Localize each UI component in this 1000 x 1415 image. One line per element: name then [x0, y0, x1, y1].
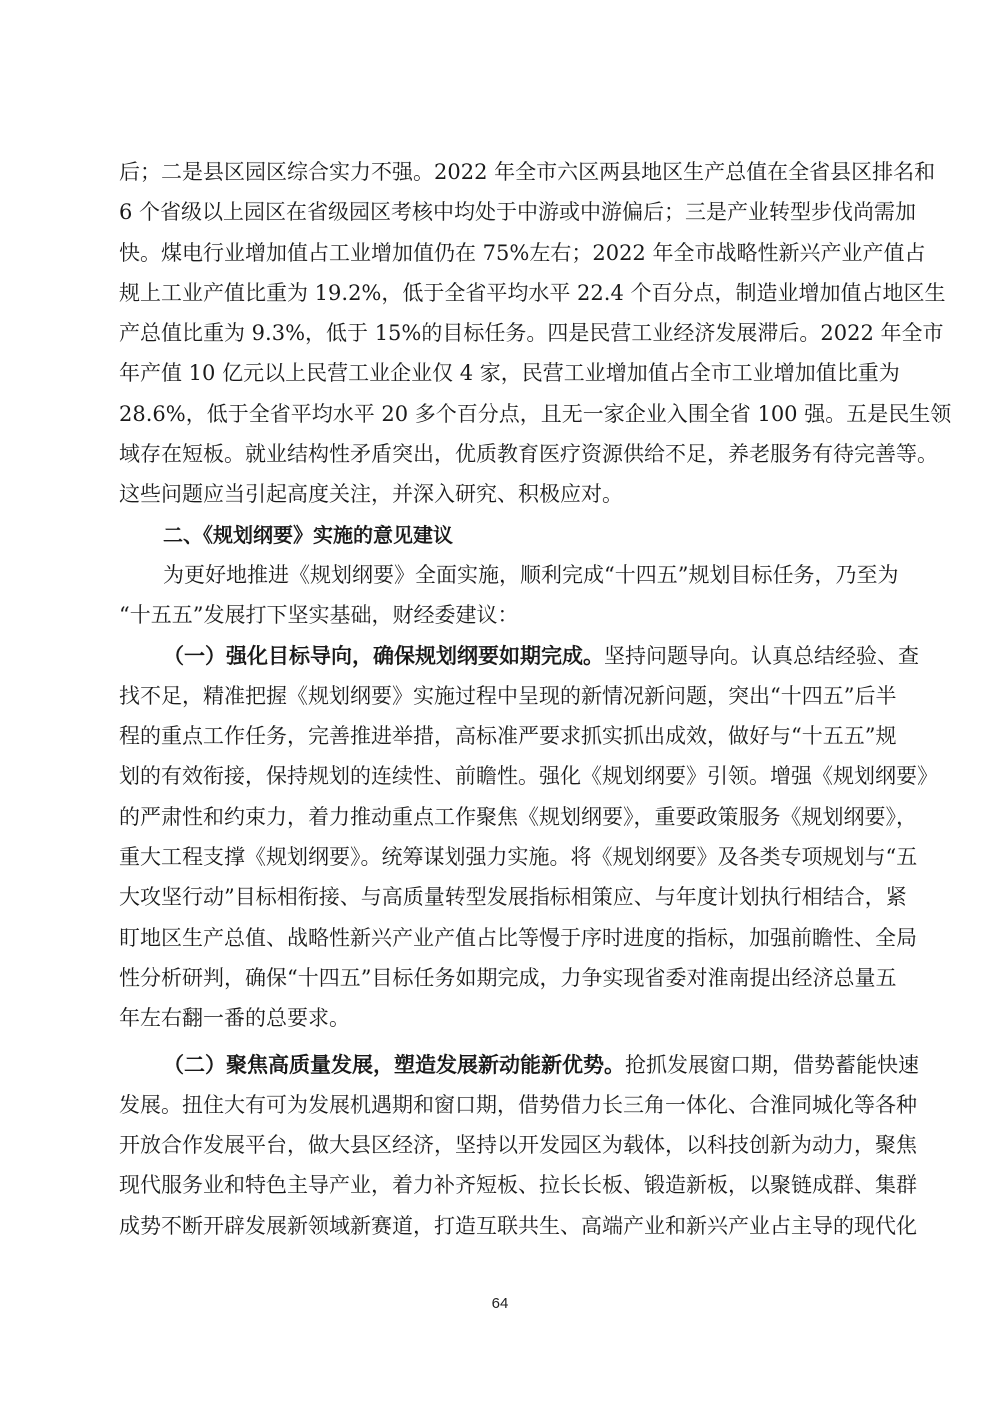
page-number: 64	[0, 1295, 1000, 1312]
text-line: 这些问题应当引起高度关注，并深入研究、积极应对。	[119, 474, 881, 514]
text-line: 28.6%，低于全省平均水平 20 多个百分点，且无一家企业入围全省 100 强…	[119, 394, 881, 434]
text-line: 开放合作发展平台，做大县区经济，坚持以开发园区为载体，以科技创新为动力，聚焦	[119, 1125, 881, 1165]
paragraph-intro: 为更好地推进《规划纲要》全面实施，顺利完成“十四五”规划目标任务，乃至为 “十五…	[119, 555, 881, 636]
recommendation-item-2: （二）聚焦高质量发展，塑造发展新动能新优势。抢抓发展窗口期，借势蓄能快速 发展。…	[119, 1045, 881, 1246]
text-line: （二）聚焦高质量发展，塑造发展新动能新优势。抢抓发展窗口期，借势蓄能快速	[119, 1045, 881, 1085]
text-line: 成势不断开辟发展新领域新赛道，打造互联共生、高端产业和新兴产业占主导的现代化	[119, 1206, 881, 1246]
text-line: 程的重点工作任务，完善推进举措，高标准严要求抓实抓出成效，做好与“十五五”规	[119, 716, 881, 756]
document-page: 后；二是县区园区综合实力不强。2022 年全市六区两县地区生产总值在全省县区排名…	[119, 152, 881, 1246]
text-line: 产总值比重为 9.3%，低于 15%的目标任务。四是民营工业经济发展滞后。202…	[119, 313, 881, 353]
paragraph-problems: 后；二是县区园区综合实力不强。2022 年全市六区两县地区生产总值在全省县区排名…	[119, 152, 881, 515]
text-line: 年产值 10 亿元以上民营工业企业仅 4 家，民营工业增加值占全市工业增加值比重…	[119, 353, 881, 393]
text-line: 为更好地推进《规划纲要》全面实施，顺利完成“十四五”规划目标任务，乃至为	[119, 555, 881, 595]
text-line: “十五五”发展打下坚实基础，财经委建议：	[119, 595, 881, 635]
item-text: 抢抓发展窗口期，借势蓄能快速	[625, 1053, 919, 1077]
recommendation-item-1: （一）强化目标导向，确保规划纲要如期完成。坚持问题导向。认真总结经验、查 找不足…	[119, 636, 881, 1039]
item-title: （一）强化目标导向，确保规划纲要如期完成。	[163, 644, 604, 668]
text-line: 性分析研判，确保“十四五”目标任务如期完成，力争实现省委对淮南提出经济总量五	[119, 958, 881, 998]
text-line: 规上工业产值比重为 19.2%，低于全省平均水平 22.4 个百分点，制造业增加…	[119, 273, 881, 313]
text-line: 重大工程支撑《规划纲要》。统筹谋划强力实施。将《规划纲要》及各类专项规划与“五	[119, 837, 881, 877]
section-heading: 二、《规划纲要》实施的意见建议	[119, 515, 881, 555]
text-line: 域存在短板。就业结构性矛盾突出，优质教育医疗资源供给不足，养老服务有待完善等。	[119, 434, 881, 474]
item-text: 坚持问题导向。认真总结经验、查	[604, 644, 919, 668]
text-line: 的严肃性和约束力，着力推动重点工作聚焦《规划纲要》，重要政策服务《规划纲要》，	[119, 797, 881, 837]
text-line: 快。煤电行业增加值占工业增加值仍在 75%左右；2022 年全市战略性新兴产业产…	[119, 233, 881, 273]
text-line: 年左右翻一番的总要求。	[119, 998, 881, 1038]
text-line: 盯地区生产总值、战略性新兴产业产值占比等慢于序时进度的指标，加强前瞻性、全局	[119, 918, 881, 958]
text-line: 后；二是县区园区综合实力不强。2022 年全市六区两县地区生产总值在全省县区排名…	[119, 152, 881, 192]
text-line: 找不足，精准把握《规划纲要》实施过程中呈现的新情况新问题，突出“十四五”后半	[119, 676, 881, 716]
text-line: （一）强化目标导向，确保规划纲要如期完成。坚持问题导向。认真总结经验、查	[119, 636, 881, 676]
text-line: 划的有效衔接，保持规划的连续性、前瞻性。强化《规划纲要》引领。增强《规划纲要》	[119, 756, 881, 796]
item-title: （二）聚焦高质量发展，塑造发展新动能新优势。	[163, 1053, 625, 1077]
text-line: 现代服务业和特色主导产业，着力补齐短板、拉长长板、锻造新板，以聚链成群、集群	[119, 1165, 881, 1205]
text-line: 大攻坚行动”目标相衔接、与高质量转型发展指标相策应、与年度计划执行相结合，紧	[119, 877, 881, 917]
text-line: 发展。扭住大有可为发展机遇期和窗口期，借势借力长三角一体化、合淮同城化等各种	[119, 1085, 881, 1125]
text-line: 6 个省级以上园区在省级园区考核中均处于中游或中游偏后；三是产业转型步伐尚需加	[119, 192, 881, 232]
